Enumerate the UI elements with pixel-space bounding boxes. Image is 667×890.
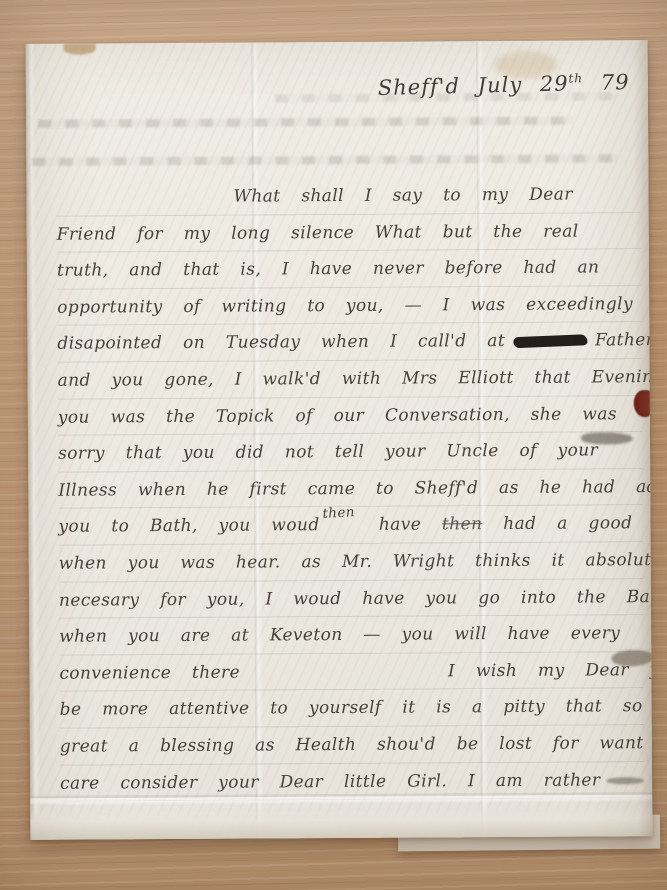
letter-line: necesary for you, I woud have you go int… (59, 579, 643, 619)
top-edge-stain (64, 43, 96, 54)
line-text: care consider your Dear little Girl. I a… (60, 770, 600, 793)
letter-line: when you was hear. as Mr. Wright thinks … (59, 542, 643, 582)
letter-line: great a blessing as Health shou'd be los… (60, 725, 644, 765)
line-text: have (379, 515, 421, 535)
dateline-month: July (477, 73, 522, 98)
line-text: you to Bath, you woud (58, 515, 319, 537)
ink-trail-smear (606, 777, 644, 784)
ink-showthrough-band (38, 117, 573, 128)
letter-line: sorry that you did not tell your Uncle o… (58, 432, 642, 472)
letter-line: truth, and that is, I have never before … (57, 249, 641, 289)
letter-line: when you are at Keveton — you will have … (59, 615, 643, 655)
dateline-place: Sheff'd (378, 74, 461, 100)
bottom-fold-flap (30, 792, 652, 840)
scratched-out-word (513, 335, 587, 349)
letter-line: What shall I say to my Dear (56, 176, 640, 216)
letter-paper: Sheff'd July 29th 79 What shall I say to… (26, 40, 653, 840)
letter-line: be more attentive to yourself it is a pi… (60, 688, 644, 728)
letter-line: Friend for my long silence What but the … (57, 213, 641, 253)
letter-body: What shall I say to my Dear Friend for m… (56, 176, 644, 802)
letter-line: disapointed on Tuesday when I call'd atF… (57, 323, 641, 363)
dateline-day-suffix: th (568, 71, 583, 85)
ink-smudge (611, 650, 652, 666)
line-text: disapointed on Tuesday when I call'd at (57, 331, 505, 354)
line-text: Fathers (595, 330, 652, 350)
letter-line: convenience there I wish my Dear you wou… (59, 652, 643, 692)
dateline-year: 79 (601, 70, 630, 95)
letter-line: you was the Topick of our Conversation, … (58, 396, 642, 436)
letter-line: you to Bath, you woudthen have then had … (58, 505, 642, 545)
dateline-day: 29 (540, 71, 569, 96)
wood-table-background: Sheff'd July 29th 79 What shall I say to… (0, 0, 667, 890)
ink-smudge (581, 432, 633, 444)
letter-line: and you gone, I walk'd with Mrs Elliott … (58, 359, 642, 399)
struck-word: then (442, 514, 483, 534)
interline-insertion: then (322, 494, 356, 532)
letter-line: opportunity of writing to you, — I was e… (57, 286, 641, 326)
wax-seal-fragment (634, 390, 653, 417)
ink-showthrough-band (32, 154, 617, 166)
line-text: had a good opportunity (503, 513, 652, 535)
